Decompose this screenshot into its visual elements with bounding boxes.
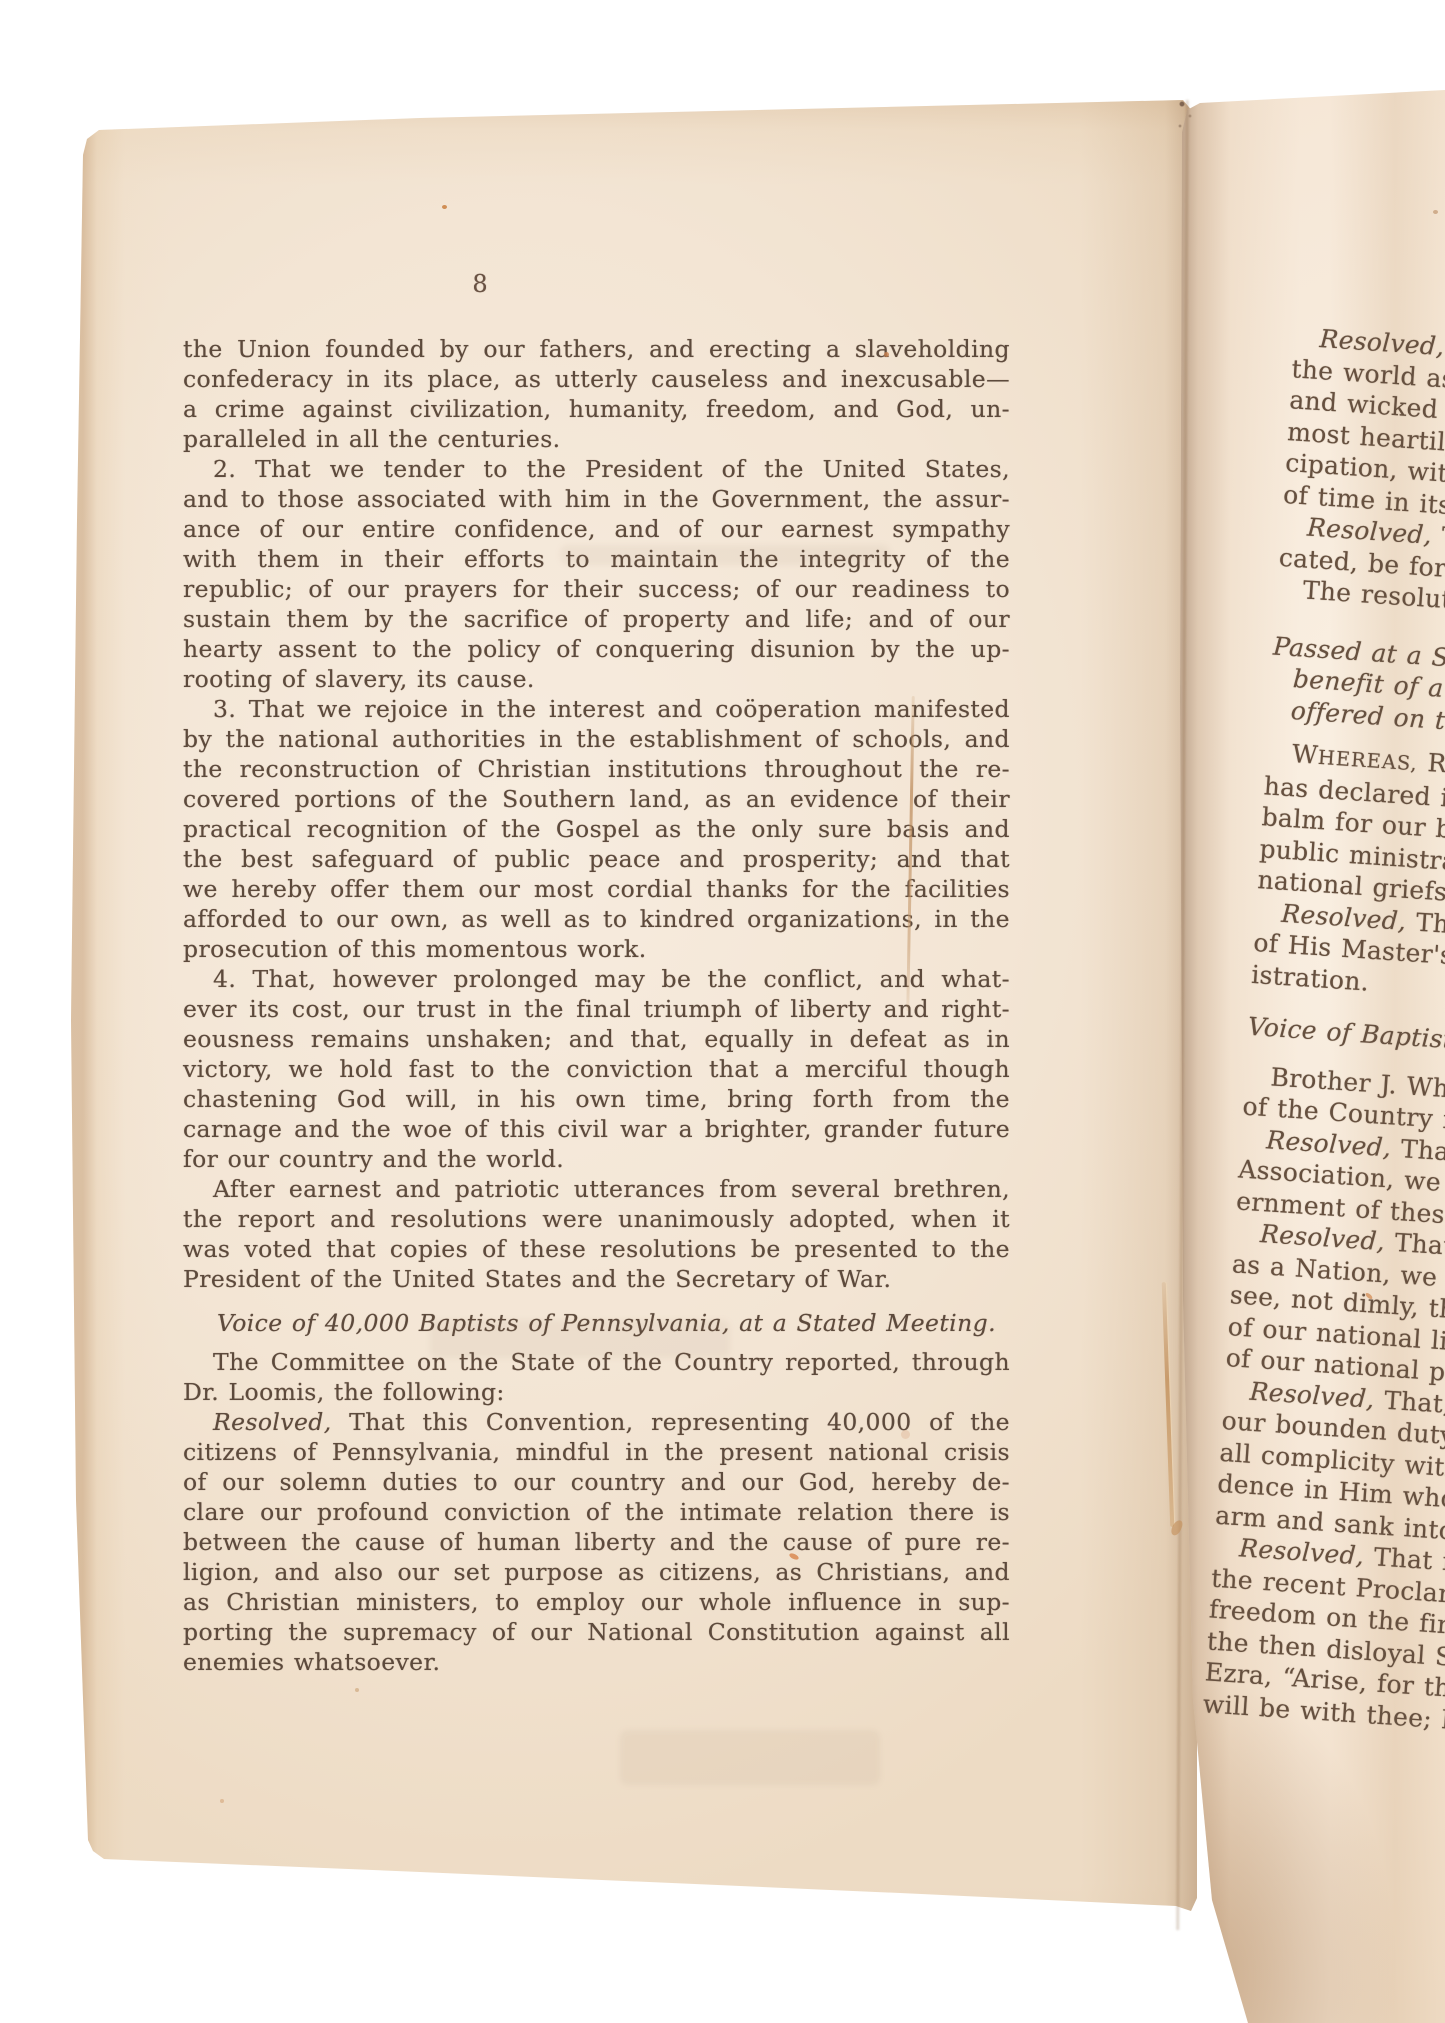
text-line: 3. That we rejoice in the interest and c… [183, 694, 1010, 724]
text-line: between the cause of human liberty and t… [183, 1527, 1010, 1557]
text-block: Resolved, Thatof His Master's ristration… [1250, 896, 1445, 1025]
text-line: practical recognition of the Gospel as t… [183, 814, 1010, 844]
text-block: After earnest and patriotic utterances f… [183, 1174, 1010, 1294]
text-line: by the national authorities in the estab… [183, 724, 1010, 754]
page-number: 8 [450, 270, 510, 298]
text-line: the Union founded by our fathers, and er… [183, 334, 1010, 364]
text-line: ever its cost, our trust in the final tr… [183, 994, 1010, 1024]
text-line: chastening God will, in his own time, br… [183, 1084, 1010, 1114]
text-line: 4. That, however prolonged may be the co… [183, 964, 1010, 994]
text-line: as Christian ministers, to employ our wh… [183, 1587, 1010, 1617]
stain-speck [442, 205, 447, 209]
text-line: hearty assent to the policy of conquerin… [183, 634, 1010, 664]
text-line: of our solemn duties to our country and … [183, 1467, 1010, 1497]
show-through-smudge [560, 545, 890, 565]
text-line: and to those associated with him in the … [183, 484, 1010, 514]
text-line: prosecution of this momentous work. [183, 934, 1010, 964]
text-line: the reconstruction of Christian institut… [183, 754, 1010, 784]
text-line: porting the supremacy of our National Co… [183, 1617, 1010, 1647]
text-line: a crime against civilization, humanity, … [183, 394, 1010, 424]
text-line: the best safeguard of public peace and p… [183, 844, 1010, 874]
text-block: The resolutio [1276, 573, 1445, 639]
show-through-smudge [620, 1730, 880, 1785]
book-photo: { "document": { "page_number": "8", "lef… [0, 0, 1445, 2023]
text-block: 3. That we rejoice in the interest and c… [183, 694, 1010, 964]
text-line: covered portions of the Southern land, a… [183, 784, 1010, 814]
text-line: President of the United States and the S… [183, 1264, 1010, 1294]
text-line: citizens of Pennsylvania, mindful in the… [183, 1437, 1010, 1467]
stain-speck [884, 352, 889, 357]
text-block: 2. That we tender to the President of th… [183, 454, 1010, 694]
text-line: eousness remains unshaken; and that, equ… [183, 1024, 1010, 1054]
text-line: republic; of our prayers for their succe… [183, 574, 1010, 604]
show-through-smudge [430, 1320, 730, 1358]
text-block: Resolved, Tthe world as thand wicked rem… [1282, 321, 1445, 544]
gutter-specks [1176, 98, 1198, 134]
text-line: Dr. Loomis, the following: [183, 1377, 1010, 1407]
text-line: the report and resolutions were unanimou… [183, 1204, 1010, 1234]
stain-speck [901, 1430, 910, 1439]
left-page-text: the Union founded by our fathers, and er… [183, 334, 1010, 1677]
text-line: clare our profound conviction of the int… [183, 1497, 1010, 1527]
text-line: we hereby offer them our most cordial th… [183, 874, 1010, 904]
text-block: Resolved, That inthe recent Proclamafree… [1202, 1531, 1445, 1754]
text-line: The resolutio [1276, 573, 1445, 639]
text-block: 4. That, however prolonged may be the co… [183, 964, 1010, 1174]
text-line: rooting of slavery, its cause. [183, 664, 1010, 694]
stain-speck [355, 1688, 359, 1692]
text-line: afforded to our own, as well as to kindr… [183, 904, 1010, 934]
text-line: for our country and the world. [183, 1144, 1010, 1174]
text-line: sustain them by the sacrifice of propert… [183, 604, 1010, 634]
text-line: carnage and the woe of this civil war a … [183, 1114, 1010, 1144]
text-line: confederacy in its place, as utterly cau… [183, 364, 1010, 394]
stain-speck [220, 1799, 224, 1803]
text-line: enemies whatsoever. [183, 1647, 1010, 1677]
text-line: After earnest and patriotic utterances f… [183, 1174, 1010, 1204]
text-line: was voted that copies of these resolutio… [183, 1234, 1010, 1264]
text-block: Resolved, That this Convention, represen… [183, 1407, 1010, 1677]
text-line: victory, we hold fast to the conviction … [183, 1054, 1010, 1084]
text-line: Resolved, That this Convention, represen… [183, 1407, 1010, 1437]
text-line: paralleled in all the centuries. [183, 424, 1010, 454]
text-line: 2. That we tender to the President of th… [183, 454, 1010, 484]
text-line: ance of our entire confidence, and of ou… [183, 514, 1010, 544]
text-line: ligion, and also our set purpose as citi… [183, 1557, 1010, 1587]
stain-speck [1433, 210, 1438, 214]
